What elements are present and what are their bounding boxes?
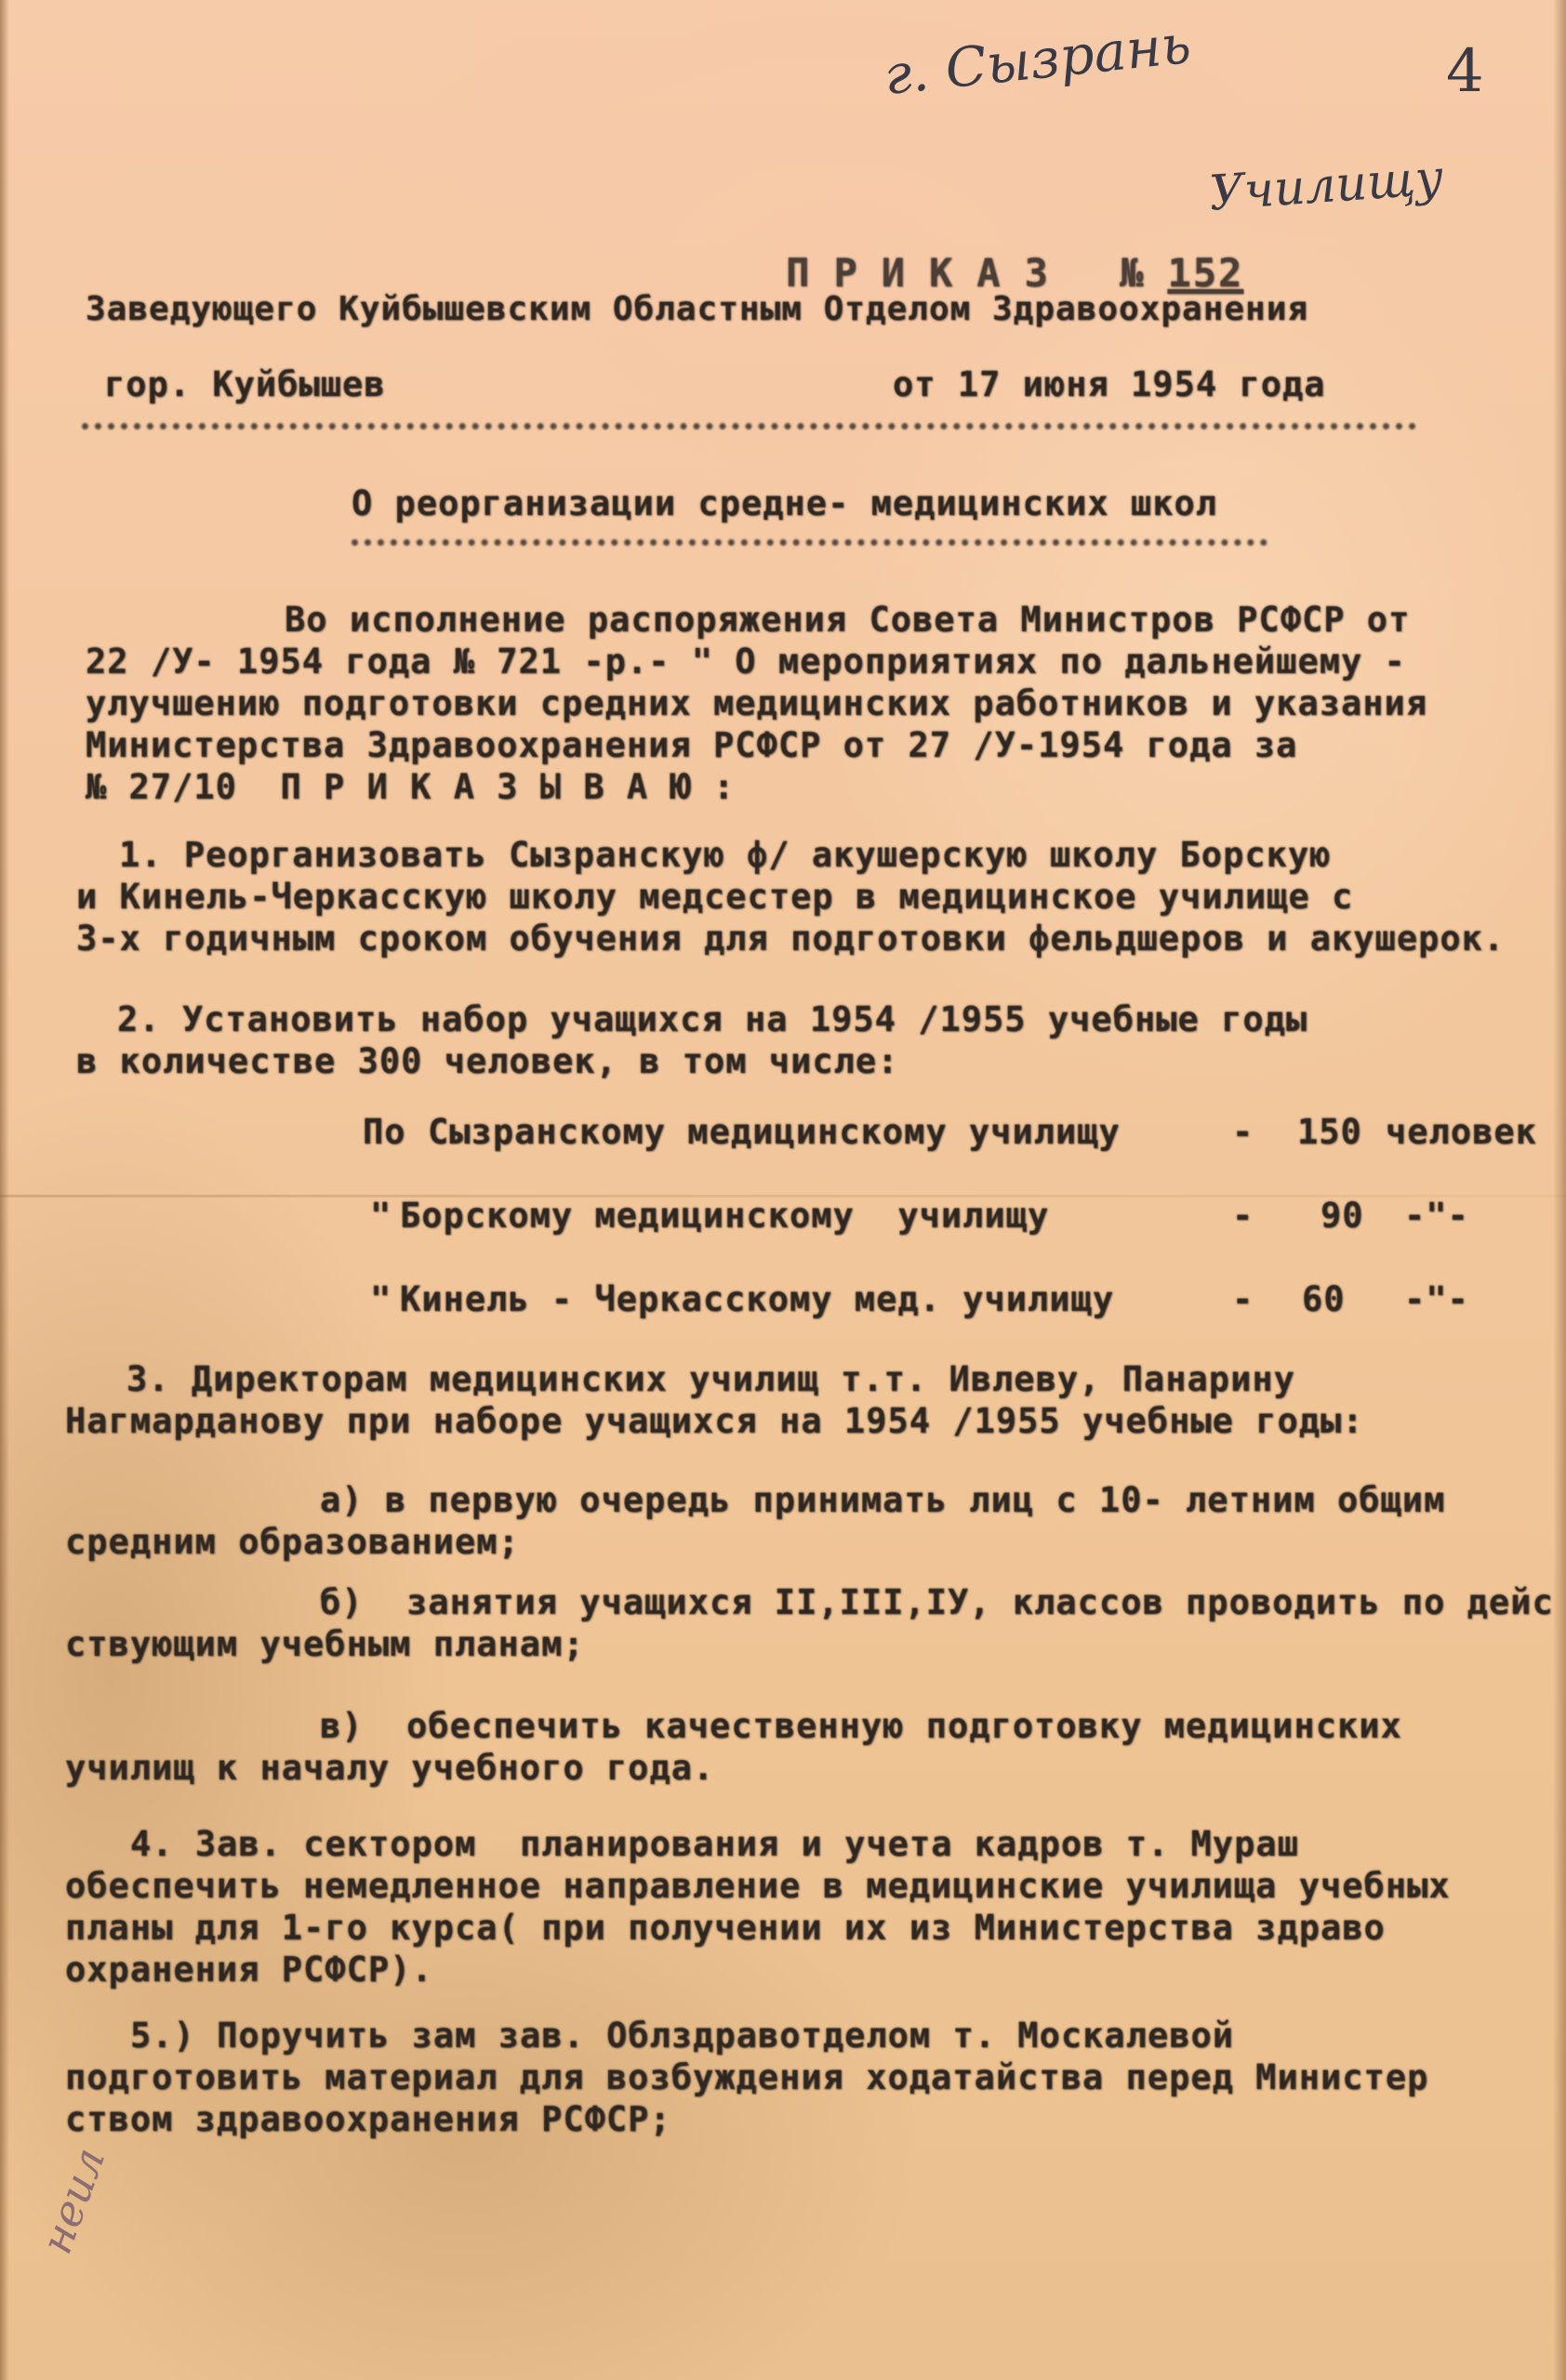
item-line: 5.) Поручить зам зав. Облздравотделом т.…: [130, 2016, 1234, 2056]
subitem-line: училищ к началу учебного года.: [65, 1748, 714, 1788]
preamble-line: Министерства Здравоохранения РСФСР от 27…: [86, 725, 1297, 765]
item-line: 2. Установить набор учащихся на 1954 /19…: [117, 999, 1307, 1039]
order-number: 152: [1167, 250, 1243, 296]
allocation-unit: человек: [1386, 1112, 1537, 1152]
subject-underline: [352, 539, 1267, 546]
allocation-school: Сызранскому медицинскому училищу: [428, 1112, 1121, 1152]
subitem-line: средним образованием;: [65, 1522, 520, 1562]
document-page: г. Сызрань 4 Училищу неил ПРИКАЗ №152 За…: [0, 0, 1566, 2380]
item-line: в количестве 300 человек, в том числе:: [76, 1041, 898, 1081]
header-divider: [82, 423, 1416, 430]
paper-edge-right: [1553, 0, 1566, 2380]
allocation-prefix: По: [363, 1112, 406, 1152]
pencil-margin-note: неил: [31, 2141, 115, 2260]
order-city: гор. Куйбышев: [104, 364, 386, 404]
handwritten-page-number: 4: [1446, 37, 1484, 106]
order-issuer: Заведующего Куйбышевским Областным Отдел…: [86, 290, 1308, 328]
paper-edge-left: [0, 0, 9, 2380]
allocation-school: Кинель - Черкасскому мед. училищу: [400, 1279, 1114, 1319]
allocation-school: Борскому медицинскому училищу: [400, 1196, 1049, 1236]
order-title-label: ПРИКАЗ №: [786, 250, 1167, 296]
preamble-line: улучшению подготовки средних медицинских…: [86, 683, 1427, 723]
order-subject: О реорганизации средне- медицинских школ: [352, 483, 1217, 523]
subitem-line: ствующим учебным планам;: [65, 1624, 585, 1664]
allocation-count: 60: [1302, 1279, 1346, 1319]
preamble-line: № 27/10 П Р И К А З Ы В А Ю :: [86, 767, 735, 807]
item-line: 4. Зав. сектором планирования и учета ка…: [130, 1824, 1299, 1864]
item-line: Нагмарданову при наборе учащихся на 1954…: [65, 1401, 1364, 1441]
item-line: охранения РСФСР).: [65, 1950, 433, 1990]
subitem-line: а) в первую очередь принимать лиц с 10- …: [320, 1480, 1445, 1520]
allocation-unit: -"-: [1404, 1279, 1469, 1319]
preamble-line: Во исполнение распоряжения Совета Минист…: [285, 600, 1410, 640]
item-line: 3. Директорам медицинских училищ т.т. Ив…: [126, 1359, 1295, 1399]
subitem-line: в) обеспечить качественную подготовку ме…: [320, 1706, 1402, 1746]
item-line: 1. Реорганизовать Сызранскую ф/ акушерск…: [119, 835, 1331, 875]
item-line: и Кинель-Черкасскую школу медсестер в ме…: [76, 877, 1353, 917]
allocation-count: 150: [1297, 1112, 1362, 1152]
item-line: 3-х годичным сроком обучения для подгото…: [76, 919, 1505, 959]
item-line: ством здравоохранения РСФСР;: [65, 2099, 671, 2139]
preamble-line: 22 /У- 1954 года № 721 -р.- " О мероприя…: [86, 641, 1406, 681]
allocation-unit: -"-: [1404, 1196, 1469, 1236]
item-line: подготовить материал для возбуждения ход…: [65, 2057, 1428, 2097]
order-date: от 17 июня 1954 года: [893, 364, 1326, 404]
item-line: обеспечить немедленное направление в мед…: [65, 1866, 1451, 1906]
subitem-line: б) занятия учащихся II,III,IУ, классов п…: [320, 1582, 1554, 1622]
allocation-count: 90: [1320, 1196, 1364, 1236]
allocation-prefix: ": [370, 1196, 391, 1236]
item-line: планы для 1-го курса( при получении их и…: [65, 1908, 1386, 1948]
handwritten-city-note: г. Сызрань: [881, 12, 1193, 107]
allocation-prefix: ": [370, 1279, 391, 1319]
